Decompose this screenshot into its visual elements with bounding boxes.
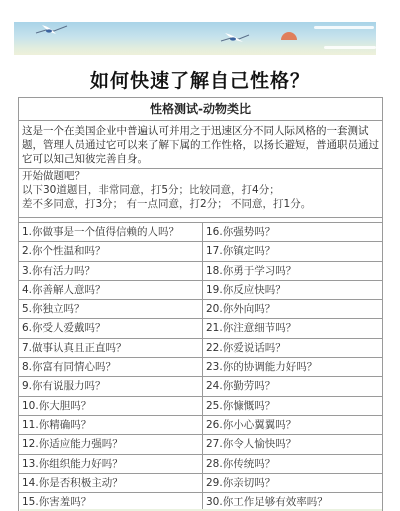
instructions: 开始做题吧？ 以下30道题目，非常同意，打5分；比较同意，打4分； 差不多同意，…: [19, 169, 382, 218]
table-row: 6.你受人爱戴吗？21.你注意细节吗？: [19, 319, 382, 338]
question-cell: 9.你有说服力吗？: [19, 377, 202, 395]
table-row: 8.你富有同情心吗？23.你的协调能力好吗？: [19, 358, 382, 377]
question-cell: 5.你独立吗？: [19, 300, 202, 318]
table-row: 3.你有活力吗？18.你勇于学习吗？: [19, 262, 382, 281]
question-cell: 2.你个性温和吗？: [19, 242, 202, 260]
question-cell: 11.你精确吗？: [19, 416, 202, 434]
personality-test-table: 性格测试-动物类比 这是一个在美国企业中普遍认可并用之于迅速区分不同人际风格的一…: [18, 97, 383, 511]
table-row: 13.你组织能力好吗？28.你传统吗？: [19, 455, 382, 474]
question-cell: 7.做事认真且正直吗？: [19, 339, 202, 357]
question-cell: 17.你镇定吗？: [202, 242, 382, 260]
question-cell: 25.你慷慨吗？: [202, 397, 382, 415]
crane-icon: [219, 32, 253, 44]
table-row: 5.你独立吗？20.你外向吗？: [19, 300, 382, 319]
question-cell: 8.你富有同情心吗？: [19, 358, 202, 376]
question-cell: 21.你注意细节吗？: [202, 319, 382, 337]
table-row: 9.你有说服力吗？24.你勤劳吗？: [19, 377, 382, 396]
question-cell: 29.你亲切吗？: [202, 474, 382, 492]
table-row: 1.你做事是一个值得信赖的人吗？16.你强势吗？: [19, 223, 382, 242]
question-cell: 16.你强势吗？: [202, 223, 382, 241]
intro-text: 这是一个在美国企业中普遍认可并用之于迅速区分不同人际风格的一套测试题，管理人员通…: [19, 121, 382, 169]
table-row: 4.你善解人意吗？19.你反应快吗？: [19, 281, 382, 300]
question-cell: 23.你的协调能力好吗？: [202, 358, 382, 376]
question-cell: 4.你善解人意吗？: [19, 281, 202, 299]
question-cell: 12.你适应能力强吗？: [19, 435, 202, 453]
table-row: 2.你个性温和吗？17.你镇定吗？: [19, 242, 382, 261]
question-cell: 18.你勇于学习吗？: [202, 262, 382, 280]
question-cell: 14.你是否积极主动？: [19, 474, 202, 492]
instruction-line: 差不多同意，打3分； 有一点同意，打2分； 不同意，打1分。: [22, 197, 379, 211]
question-cell: 28.你传统吗？: [202, 455, 382, 473]
instruction-line: 以下30道题目，非常同意，打5分；比较同意，打4分；: [22, 183, 379, 197]
cloud-shape: [324, 46, 376, 49]
question-cell: 22.你爱说话吗？: [202, 339, 382, 357]
instruction-line: 开始做题吧？: [22, 169, 379, 183]
table-header: 性格测试-动物类比: [19, 98, 382, 121]
question-cell: 10.你大胆吗？: [19, 397, 202, 415]
question-cell: 20.你外向吗？: [202, 300, 382, 318]
question-cell: 6.你受人爱戴吗？: [19, 319, 202, 337]
sun-shape: [281, 32, 297, 40]
table-row: 12.你适应能力强吗？27.你令人愉快吗？: [19, 435, 382, 454]
question-cell: 3.你有活力吗？: [19, 262, 202, 280]
table-row: 7.做事认真且正直吗？22.你爱说话吗？: [19, 339, 382, 358]
table-row: 11.你精确吗？26.你小心翼翼吗？: [19, 416, 382, 435]
question-cell: 24.你勤劳吗？: [202, 377, 382, 395]
page-title: 如何快速了解自己性格？: [0, 66, 400, 93]
question-list: 1.你做事是一个值得信赖的人吗？16.你强势吗？2.你个性温和吗？17.你镇定吗…: [19, 223, 382, 511]
question-cell: 26.你小心翼翼吗？: [202, 416, 382, 434]
question-cell: 27.你令人愉快吗？: [202, 435, 382, 453]
table-row: 14.你是否积极主动？29.你亲切吗？: [19, 474, 382, 493]
cloud-shape: [314, 26, 374, 29]
table-row: 10.你大胆吗？25.你慷慨吗？: [19, 397, 382, 416]
question-cell: 19.你反应快吗？: [202, 281, 382, 299]
question-cell: 1.你做事是一个值得信赖的人吗？: [19, 223, 202, 241]
crane-icon: [34, 24, 68, 36]
banner-image: [14, 22, 376, 55]
question-cell: 13.你组织能力好吗？: [19, 455, 202, 473]
